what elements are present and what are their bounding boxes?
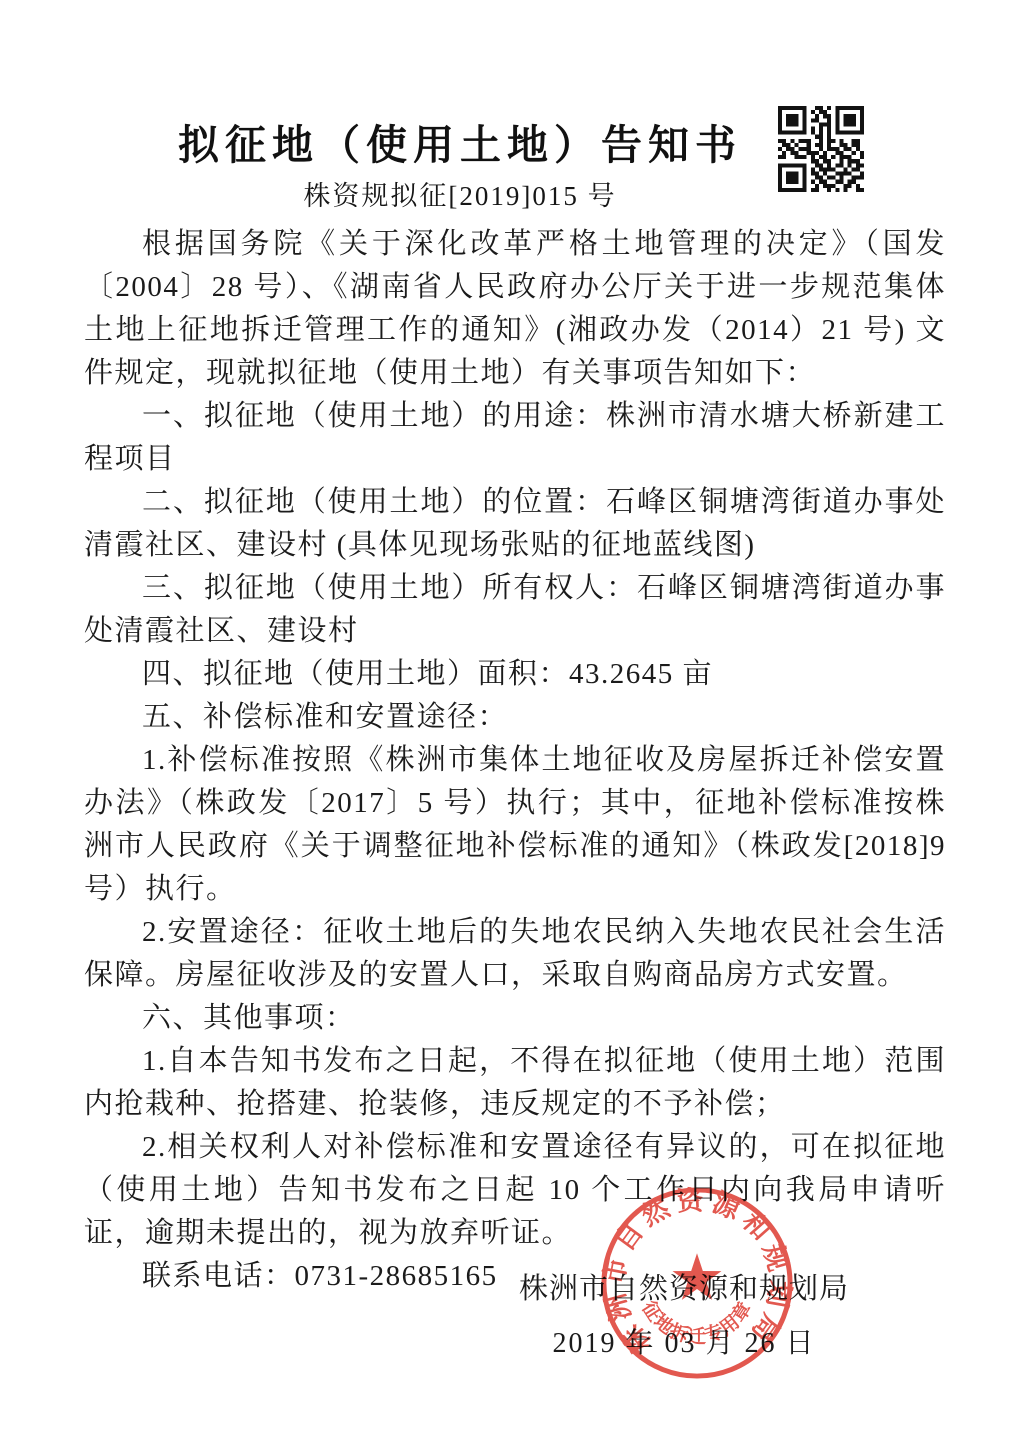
signature-date: 2019 年 03 月 26 日 [516,1321,852,1361]
item-compensation-heading: 五、补偿标准和安置途径： [84,696,946,739]
other-items-heading: 六、其他事项： [84,997,946,1040]
item-owner: 三、拟征地（使用土地）所有权人：石峰区铜塘湾街道办事处清霞社区、建设村 [84,567,946,653]
signature-org: 株洲市自然资源和规划局 [516,1266,852,1307]
document-page: 拟征地（使用土地）告知书 株资规拟征[2019]015 号 根据国务院《关于深化… [0,0,1024,1446]
paragraph-preamble: 根据国务院《关于深化改革严格土地管理的决定》（国发〔2004〕28 号）、《湖南… [84,223,946,395]
document-body: 根据国务院《关于深化改革严格土地管理的决定》（国发〔2004〕28 号）、《湖南… [84,223,946,1298]
qr-code-icon [778,104,864,194]
signature-block: 株洲市自然资源和规划局 2019 年 03 月 26 日 [516,1266,852,1361]
resettlement-way: 2.安置途径：征收土地后的失地农民纳入失地农民社会生活保障。房屋征收涉及的安置人… [84,911,946,997]
compensation-standard: 1.补偿标准按照《株洲市集体土地征收及房屋拆迁补偿安置办法》（株政发〔2017〕… [84,739,946,911]
item-area: 四、拟征地（使用土地）面积：43.2645 亩 [84,653,946,696]
other-item-1: 1.自本告知书发布之日起，不得在拟征地（使用土地）范围内抢栽种、抢搭建、抢装修，… [84,1040,946,1126]
item-location: 二、拟征地（使用土地）的位置：石峰区铜塘湾街道办事处清霞社区、建设村 (具体见现… [84,481,946,567]
other-item-2: 2.相关权利人对补偿标准和安置途径有异议的，可在拟征地（使用土地）告知书发布之日… [84,1126,946,1255]
item-purpose: 一、拟征地（使用土地）的用途：株洲市清水塘大桥新建工程项目 [84,395,946,481]
